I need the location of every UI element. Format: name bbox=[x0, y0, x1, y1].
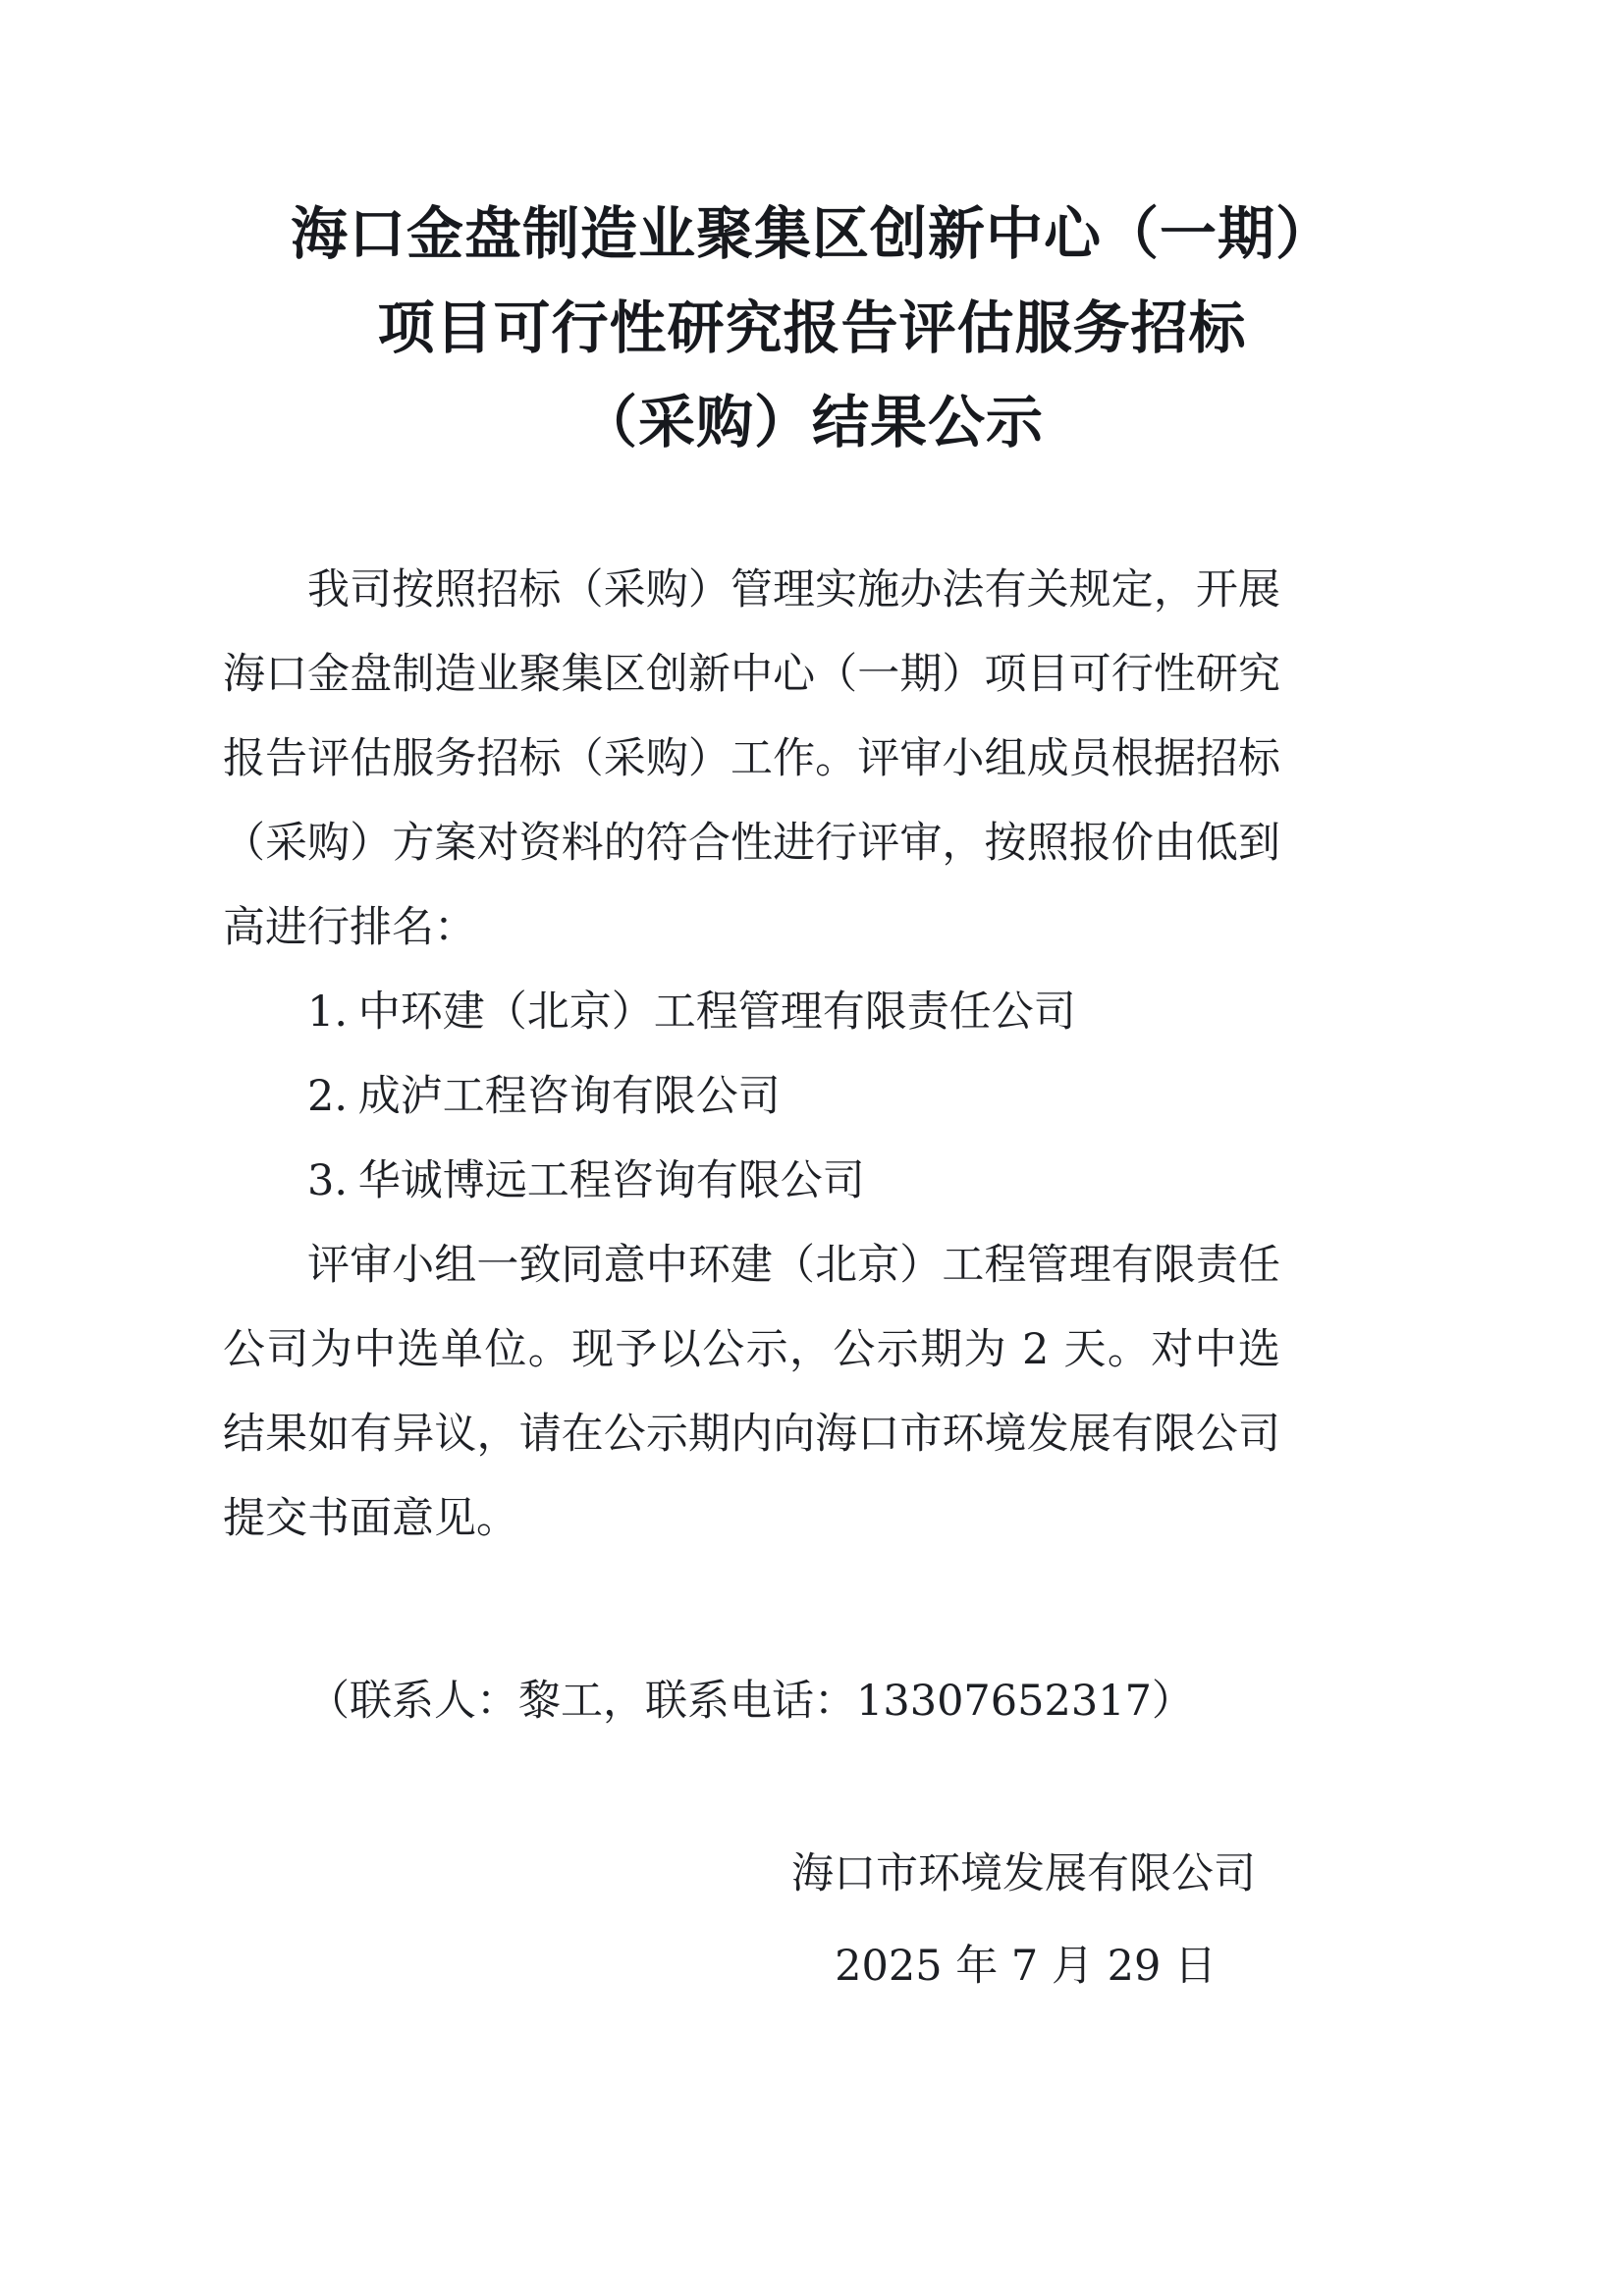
document-body: 我司按照招标（采购）管理实施办法有关规定，开展海口金盘制造业聚集区创新中心（一期… bbox=[223, 548, 1280, 2008]
company-name: 中环建（北京）工程管理有限责任公司 bbox=[358, 988, 1076, 1037]
title-line-2: 项目可行性研究报告评估服务招标 bbox=[118, 281, 1506, 375]
ranking-list: 1.中环建（北京）工程管理有限责任公司 2.成泸工程咨询有限公司 3.华诚博远工… bbox=[223, 970, 1280, 1223]
ranking-item-2: 2.成泸工程咨询有限公司 bbox=[223, 1054, 1280, 1139]
paragraph-result: 评审小组一致同意中环建（北京）工程管理有限责任公司为中选单位。现予以公示，公示期… bbox=[223, 1223, 1280, 1561]
company-name: 成泸工程咨询有限公司 bbox=[358, 1072, 781, 1121]
rank-number: 3. bbox=[307, 1156, 348, 1205]
document-page: 海口金盘制造业聚集区创新中心（一期） 项目可行性研究报告评估服务招标 （采购）结… bbox=[0, 0, 1624, 2296]
rank-number: 1. bbox=[307, 988, 348, 1037]
signature-block: 海口市环境发展有限公司 2025 年 7 月 29 日 bbox=[223, 1832, 1280, 2008]
ranking-item-3: 3.华诚博远工程咨询有限公司 bbox=[223, 1139, 1280, 1223]
title-line-3: （采购）结果公示 bbox=[118, 375, 1506, 469]
contact-info: （联系人：黎工，联系电话：13307652317） bbox=[223, 1659, 1280, 1743]
paragraph-intro: 我司按照招标（采购）管理实施办法有关规定，开展海口金盘制造业聚集区创新中心（一期… bbox=[223, 548, 1280, 970]
ranking-item-1: 1.中环建（北京）工程管理有限责任公司 bbox=[223, 970, 1280, 1054]
rank-number: 2. bbox=[307, 1072, 348, 1121]
company-name: 华诚博远工程咨询有限公司 bbox=[358, 1156, 865, 1205]
issuer-company: 海口市环境发展有限公司 bbox=[223, 1832, 1280, 1916]
title-line-1: 海口金盘制造业聚集区创新中心（一期） bbox=[118, 187, 1506, 281]
document-title: 海口金盘制造业聚集区创新中心（一期） 项目可行性研究报告评估服务招标 （采购）结… bbox=[118, 187, 1506, 469]
issue-date: 2025 年 7 月 29 日 bbox=[223, 1924, 1280, 2008]
